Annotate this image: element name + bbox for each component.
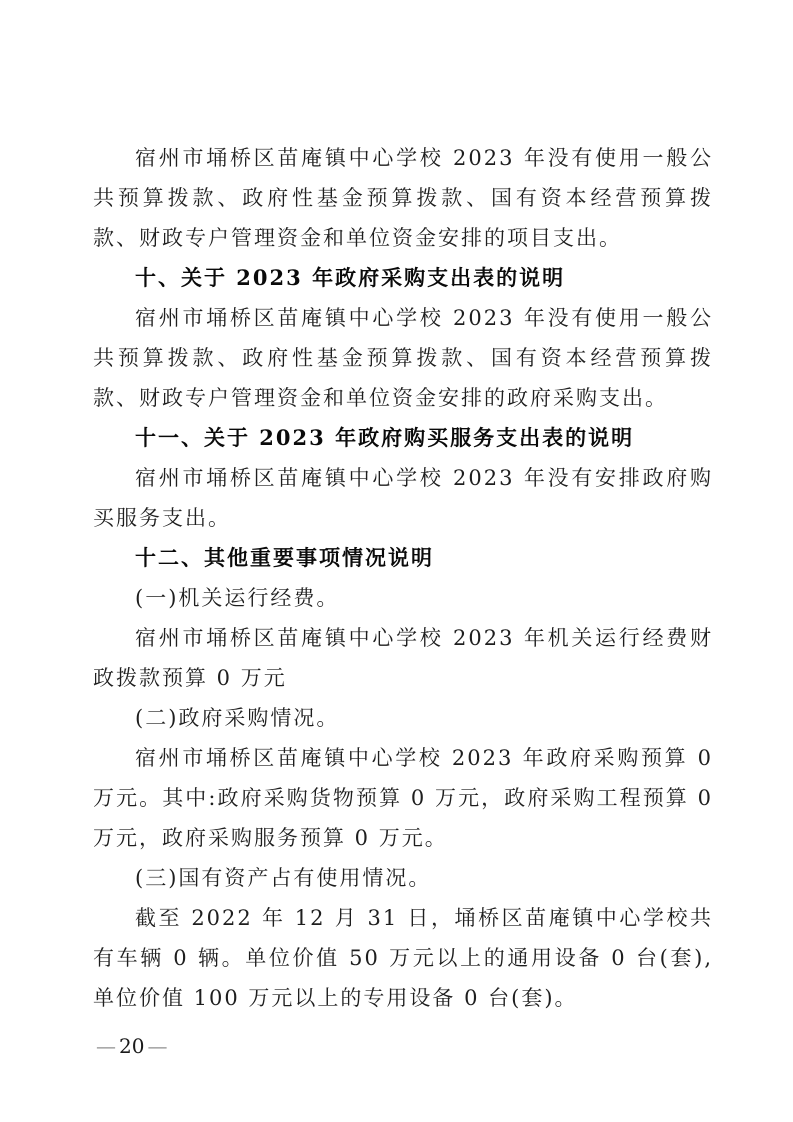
paragraph-no-project-expenditure: 宿州市埇桥区苗庵镇中心学校 2023 年没有使用一般公共预算拨款、政府性基金预算…: [93, 138, 713, 258]
document-body: 宿州市埇桥区苗庵镇中心学校 2023 年没有使用一般公共预算拨款、政府性基金预算…: [93, 138, 713, 1018]
paragraph-procurement-budget-detail: 宿州市埇桥区苗庵镇中心学校 2023 年政府采购预算 0 万元。其中:政府采购货…: [93, 738, 713, 858]
footer-right-dash: —: [147, 1034, 167, 1058]
section-heading-10-gov-procurement: 十、关于 2023 年政府采购支出表的说明: [93, 258, 713, 298]
page-footer: — 20 —: [93, 1034, 170, 1058]
subitem-2-procurement-title: (二)政府采购情况。: [93, 698, 713, 738]
paragraph-operating-funds-budget: 宿州市埇桥区苗庵镇中心学校 2023 年机关运行经费财政拨款预算 0 万元: [93, 618, 713, 698]
section-heading-11-purchased-services: 十一、关于 2023 年政府购买服务支出表的说明: [93, 418, 713, 458]
subitem-1-operating-funds-title: (一)机关运行经费。: [93, 578, 713, 618]
document-page: 宿州市埇桥区苗庵镇中心学校 2023 年没有使用一般公共预算拨款、政府性基金预算…: [0, 0, 793, 1122]
page-number: 20: [119, 1034, 144, 1058]
paragraph-no-purchased-services: 宿州市埇桥区苗庵镇中心学校 2023 年没有安排政府购买服务支出。: [93, 458, 713, 538]
paragraph-no-gov-procurement: 宿州市埇桥区苗庵镇中心学校 2023 年没有使用一般公共预算拨款、政府性基金预算…: [93, 298, 713, 418]
paragraph-state-assets-detail: 截至 2022 年 12 月 31 日，埇桥区苗庵镇中心学校共有车辆 0 辆。单…: [93, 898, 713, 1018]
subitem-3-state-assets-title: (三)国有资产占有使用情况。: [93, 858, 713, 898]
footer-left-dash: —: [96, 1034, 116, 1058]
section-heading-12-other-matters: 十二、其他重要事项情况说明: [93, 538, 713, 578]
